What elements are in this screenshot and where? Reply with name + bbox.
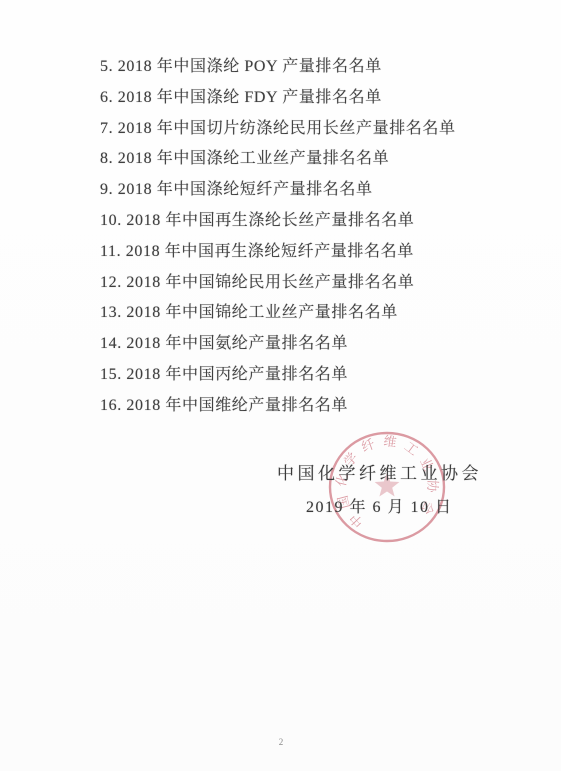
document-list: 5. 2018 年中国涤纶 POY 产量排名名单 6. 2018 年中国涤纶 F… bbox=[100, 52, 520, 422]
list-item: 16. 2018 年中国维纶产量排名名单 bbox=[100, 391, 520, 422]
list-item: 15. 2018 年中国丙纶产量排名名单 bbox=[100, 360, 520, 391]
list-item: 5. 2018 年中国涤纶 POY 产量排名名单 bbox=[100, 52, 520, 83]
list-item: 13. 2018 年中国锦纶工业丝产量排名名单 bbox=[100, 298, 520, 329]
scanned-document-page: 5. 2018 年中国涤纶 POY 产量排名名单 6. 2018 年中国涤纶 F… bbox=[0, 0, 561, 771]
list-item: 8. 2018 年中国涤纶工业丝产量排名名单 bbox=[100, 144, 520, 175]
list-item: 14. 2018 年中国氨纶产量排名名单 bbox=[100, 329, 520, 360]
list-item: 11. 2018 年中国再生涤纶短纤产量排名名单 bbox=[100, 237, 520, 268]
list-item: 7. 2018 年中国切片纺涤纶民用长丝产量排名名单 bbox=[100, 114, 520, 145]
page-number: 2 bbox=[266, 737, 296, 747]
list-item: 12. 2018 年中国锦纶民用长丝产量排名名单 bbox=[100, 268, 520, 299]
list-item: 10. 2018 年中国再生涤纶长丝产量排名名单 bbox=[100, 206, 520, 237]
seal-star-icon bbox=[375, 473, 400, 497]
list-item: 6. 2018 年中国涤纶 FDY 产量排名名单 bbox=[100, 83, 520, 114]
official-seal-stamp: 中国化学纤维工业协会 bbox=[326, 428, 448, 548]
list-item: 9. 2018 年中国涤纶短纤产量排名名单 bbox=[100, 175, 520, 206]
